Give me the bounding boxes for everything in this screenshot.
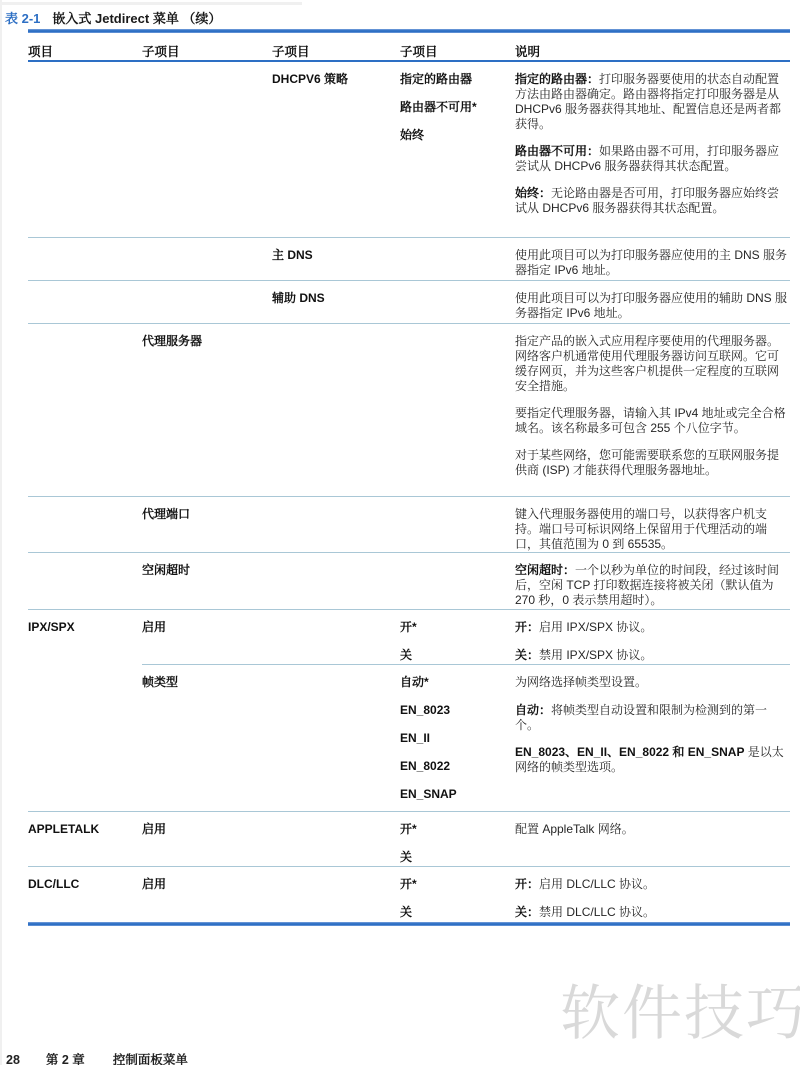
table-row-dlcllc: DLC/LLC 启用 开* 关 开：启用 DLC/LLC 协议。 关：禁用 DL… <box>28 867 790 922</box>
description-paragraph: EN_8023、EN_II、EN_8022 和 EN_SNAP 是以太网络的帧类… <box>515 745 790 775</box>
table-row-idle-timeout: 空闲超时 空闲超时：一个以秒为单位的时间段，经过该时间后，空闲 TCP 打印数据… <box>28 553 790 610</box>
description-paragraph: 开：启用 IPX/SPX 协议。 <box>515 620 790 635</box>
desc-bold-prefix: 关： <box>515 905 539 919</box>
jetdirect-menu-table: 项目 子项目 子项目 子项目 说明 DHCPV6 策略 指定的路由器 路由器不可… <box>28 29 790 926</box>
option-value: EN_8022 <box>400 759 512 774</box>
column-header-subitem-2: 子项目 <box>272 42 310 60</box>
desc-bold-prefix: 始终： <box>515 186 551 200</box>
option-value: 开* <box>400 877 512 892</box>
desc-text: 要指定代理服务器，请输入其 IPv4 地址或完全合格域名。该名称最多可包含 25… <box>515 406 786 435</box>
desc-text: 使用此项目可以为打印服务器应使用的辅助 DNS 服务器指定 IPv6 地址。 <box>515 291 787 320</box>
desc-text: 为网络选择帧类型设置。 <box>515 675 647 689</box>
option-value: 关 <box>400 850 512 865</box>
option-value: EN_8023 <box>400 703 512 718</box>
desc-bold-prefix: 开： <box>515 620 539 634</box>
cell-subitem: 启用 <box>142 822 268 837</box>
footer-chapter: 第 2 章 <box>46 1053 85 1065</box>
table-row-frame-type: 帧类型 自动* EN_8023 EN_II EN_8022 EN_SNAP 为网… <box>28 665 790 812</box>
watermark-text: 软件技巧 <box>560 966 800 1052</box>
table-label: 表 2-1 <box>5 11 40 26</box>
table-row-proxy-server: 代理服务器 指定产品的嵌入式应用程序要使用的代理服务器。网络客户机通常使用代理服… <box>28 324 790 497</box>
option-value: 关 <box>400 648 512 663</box>
table-row-dhcpv6-policy: DHCPV6 策略 指定的路由器 路由器不可用* 始终 指定的路由器：打印服务器… <box>28 62 790 238</box>
desc-bold-prefix: EN_8023、EN_II、EN_8022 和 EN_SNAP <box>515 745 744 759</box>
option-value: EN_II <box>400 731 512 746</box>
cell-subitem: 代理服务器 <box>142 334 268 349</box>
cell-subitem: DHCPV6 策略 <box>272 72 396 87</box>
scan-artifact <box>2 2 302 5</box>
footer-page-number: 28 <box>6 1053 20 1065</box>
description-paragraph: 自动：将帧类型自动设置和限制为检测到的第一个。 <box>515 703 790 733</box>
table-row-secondary-dns: 辅助 DNS 使用此项目可以为打印服务器应使用的辅助 DNS 服务器指定 IPv… <box>28 281 790 324</box>
option-value: 开* <box>400 822 512 837</box>
table-row-proxy-port: 代理端口 键入代理服务器使用的端口号，以获得客户机支持。端口号可标识网络上保留用… <box>28 497 790 553</box>
cell-subitem: 辅助 DNS <box>272 291 396 306</box>
description-paragraph: 空闲超时：一个以秒为单位的时间段，经过该时间后，空闲 TCP 打印数据连接将被关… <box>515 563 790 608</box>
cell-subitem: 空闲超时 <box>142 563 268 578</box>
column-header-description: 说明 <box>515 42 540 60</box>
description-paragraph: 指定的路由器：打印服务器要使用的状态自动配置方法由路由器确定。路由器将指定打印服… <box>515 72 790 132</box>
desc-text: 指定产品的嵌入式应用程序要使用的代理服务器。网络客户机通常使用代理服务器访问互联… <box>515 334 779 393</box>
desc-bold-prefix: 关： <box>515 648 539 662</box>
desc-text: 对于某些网络，您可能需要联系您的互联网服务提供商 (ISP) 才能获得代理服务器… <box>515 448 779 477</box>
option-value: 路由器不可用* <box>400 100 512 115</box>
table-row-ipxspx-enable: IPX/SPX 启用 开* 关 开：启用 IPX/SPX 协议。 关：禁用 IP… <box>28 610 790 665</box>
cell-description: 开：启用 DLC/LLC 协议。 关：禁用 DLC/LLC 协议。 <box>515 877 790 933</box>
table-title: 嵌入式 Jetdirect 菜单 （续） <box>52 11 221 26</box>
desc-text: 启用 IPX/SPX 协议。 <box>539 620 652 634</box>
cell-item: APPLETALK <box>28 822 138 837</box>
cell-subitem: 主 DNS <box>272 248 396 263</box>
desc-text: 禁用 IPX/SPX 协议。 <box>539 648 652 662</box>
description-paragraph: 对于某些网络，您可能需要联系您的互联网服务提供商 (ISP) 才能获得代理服务器… <box>515 448 790 478</box>
cell-description: 指定的路由器：打印服务器要使用的状态自动配置方法由路由器确定。路由器将指定打印服… <box>515 72 790 228</box>
desc-text: 使用此项目可以为打印服务器应使用的主 DNS 服务器指定 IPv6 地址。 <box>515 248 787 277</box>
column-header-subitem-1: 子项目 <box>142 42 180 60</box>
description-paragraph: 要指定代理服务器，请输入其 IPv4 地址或完全合格域名。该名称最多可包含 25… <box>515 406 790 436</box>
cell-item: IPX/SPX <box>28 620 138 635</box>
cell-description: 指定产品的嵌入式应用程序要使用的代理服务器。网络客户机通常使用代理服务器访问互联… <box>515 334 790 490</box>
description-paragraph: 配置 AppleTalk 网络。 <box>515 822 790 837</box>
cell-options: 自动* EN_8023 EN_II EN_8022 EN_SNAP <box>400 675 512 815</box>
scan-artifact-left <box>0 0 2 1065</box>
cell-item: DLC/LLC <box>28 877 138 892</box>
description-paragraph: 指定产品的嵌入式应用程序要使用的代理服务器。网络客户机通常使用代理服务器访问互联… <box>515 334 790 394</box>
desc-bold-prefix: 开： <box>515 877 539 891</box>
option-value: 开* <box>400 620 512 635</box>
option-value: 指定的路由器 <box>400 72 512 87</box>
cell-subitem: 启用 <box>142 620 268 635</box>
option-value: 关 <box>400 905 512 920</box>
desc-text: 无论路由器是否可用，打印服务器应始终尝试从 DHCPv6 服务器获得其状态配置。 <box>515 186 779 215</box>
column-header-subitem-3: 子项目 <box>400 42 438 60</box>
page-footer: 28第 2 章控制面板菜单 <box>6 1050 188 1065</box>
desc-text: 启用 DLC/LLC 协议。 <box>539 877 655 891</box>
footer-chapter-title: 控制面板菜单 <box>113 1053 188 1065</box>
description-paragraph: 路由器不可用：如果路由器不可用，打印服务器应尝试从 DHCPv6 服务器获得其状… <box>515 144 790 174</box>
description-paragraph: 键入代理服务器使用的端口号，以获得客户机支持。端口号可标识网络上保留用于代理活动… <box>515 507 790 552</box>
cell-description: 为网络选择帧类型设置。 自动：将帧类型自动设置和限制为检测到的第一个。 EN_8… <box>515 675 790 787</box>
cell-options: 指定的路由器 路由器不可用* 始终 <box>400 72 512 156</box>
desc-bold-prefix: 路由器不可用： <box>515 144 599 158</box>
table-row-primary-dns: 主 DNS 使用此项目可以为打印服务器应使用的主 DNS 服务器指定 IPv6 … <box>28 238 790 281</box>
description-paragraph: 开：启用 DLC/LLC 协议。 <box>515 877 790 892</box>
description-paragraph: 使用此项目可以为打印服务器应使用的辅助 DNS 服务器指定 IPv6 地址。 <box>515 291 790 321</box>
cell-description: 配置 AppleTalk 网络。 <box>515 822 790 850</box>
description-paragraph: 为网络选择帧类型设置。 <box>515 675 790 690</box>
option-value: EN_SNAP <box>400 787 512 802</box>
table-header-row: 项目 子项目 子项目 子项目 说明 <box>28 33 790 60</box>
desc-text: 禁用 DLC/LLC 协议。 <box>539 905 655 919</box>
cell-subitem: 启用 <box>142 877 268 892</box>
desc-text: 配置 AppleTalk 网络。 <box>515 822 634 836</box>
desc-text: 键入代理服务器使用的端口号，以获得客户机支持。端口号可标识网络上保留用于代理活动… <box>515 507 767 551</box>
table-row-appletalk: APPLETALK 启用 开* 关 配置 AppleTalk 网络。 <box>28 812 790 867</box>
cell-subitem: 帧类型 <box>142 675 268 690</box>
option-value: 自动* <box>400 675 512 690</box>
cell-options: 开* 关 <box>400 877 512 933</box>
description-paragraph: 关：禁用 DLC/LLC 协议。 <box>515 905 790 920</box>
description-paragraph: 关：禁用 IPX/SPX 协议。 <box>515 648 790 663</box>
column-header-item: 项目 <box>28 42 53 60</box>
desc-bold-prefix: 自动： <box>515 703 551 717</box>
desc-text: 将帧类型自动设置和限制为检测到的第一个。 <box>515 703 767 732</box>
table-caption: 表 2-1嵌入式 Jetdirect 菜单 （续） <box>5 8 221 27</box>
cell-subitem: 代理端口 <box>142 507 268 522</box>
desc-bold-prefix: 指定的路由器： <box>515 72 599 86</box>
manual-page: 表 2-1嵌入式 Jetdirect 菜单 （续） 项目 子项目 子项目 子项目… <box>0 0 800 1065</box>
description-paragraph: 使用此项目可以为打印服务器应使用的主 DNS 服务器指定 IPv6 地址。 <box>515 248 790 278</box>
desc-bold-prefix: 空闲超时： <box>515 563 575 577</box>
option-value: 始终 <box>400 128 512 143</box>
description-paragraph: 始终：无论路由器是否可用，打印服务器应始终尝试从 DHCPv6 服务器获得其状态… <box>515 186 790 216</box>
